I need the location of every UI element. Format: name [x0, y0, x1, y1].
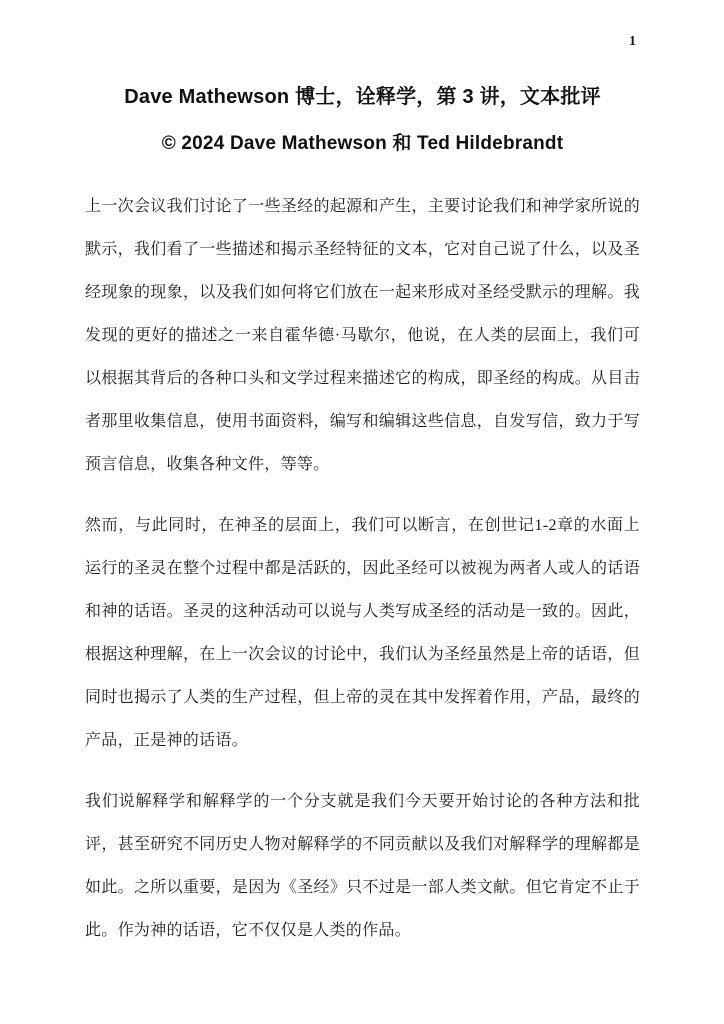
document-page: 1 Dave Mathewson 博士，诠释学，第 3 讲，文本批评 © 202… — [0, 0, 724, 1024]
paragraph-divine-level: 然而，与此同时，在神圣的层面上，我们可以断言，在创世记1-2章的水面上运行的圣灵… — [85, 504, 640, 762]
paragraph-inspiration-origins: 上一次会议我们讨论了一些圣经的起源和产生，主要讨论我们和神学家所说的默示，我们看… — [85, 185, 640, 486]
paragraph-hermeneutics-branch: 我们说解释学和解释学的一个分支就是我们今天要开始讨论的各种方法和批评，甚至研究不… — [85, 780, 640, 952]
document-title: Dave Mathewson 博士，诠释学，第 3 讲，文本批评 — [85, 84, 640, 110]
document-header: Dave Mathewson 博士，诠释学，第 3 讲，文本批评 © 2024 … — [85, 84, 640, 157]
document-body: 上一次会议我们讨论了一些圣经的起源和产生，主要讨论我们和神学家所说的默示，我们看… — [85, 185, 640, 952]
copyright-line: © 2024 Dave Mathewson 和 Ted Hildebrandt — [85, 132, 640, 157]
page-number: 1 — [85, 34, 640, 50]
